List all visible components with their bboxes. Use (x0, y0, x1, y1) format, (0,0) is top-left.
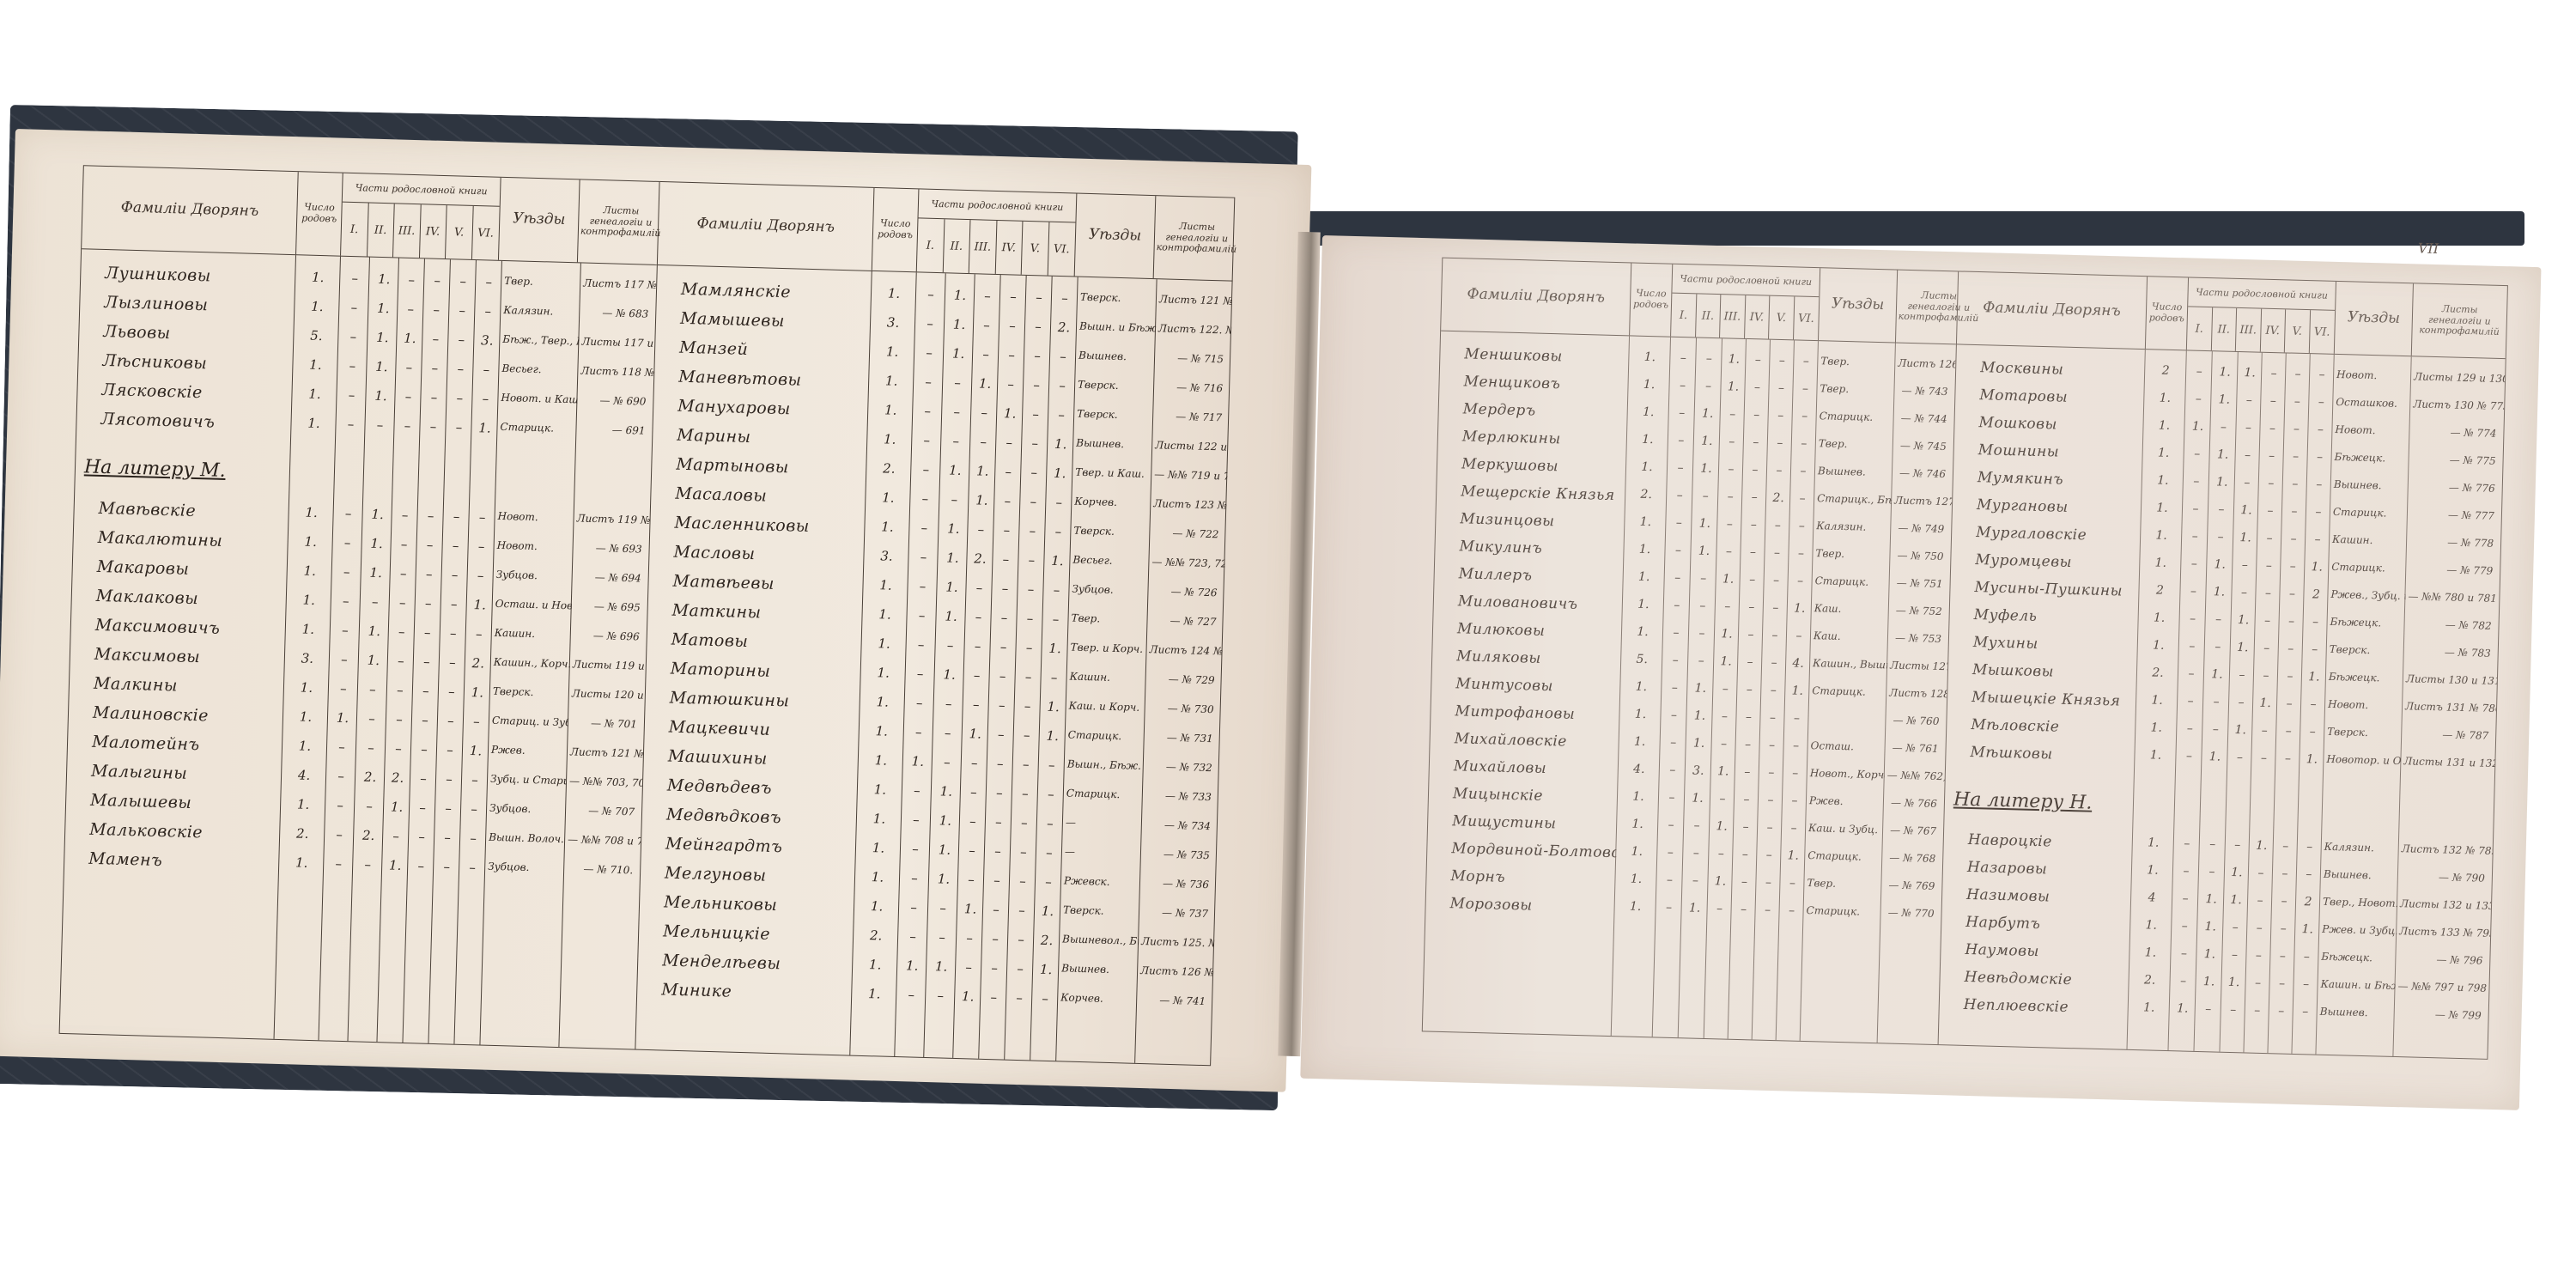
part-2-count: 1. (934, 665, 964, 684)
sheet-reference: Листъ 126 № 742 (1895, 356, 1955, 373)
sheet-reference: — № 746 (1893, 465, 1953, 482)
surname: Мартыновы (652, 453, 867, 481)
sheet-reference: — № 775 (2409, 451, 2502, 469)
part-4-count: – (1000, 287, 1027, 307)
part-2-count: – (1682, 872, 1709, 890)
part-1-count: – (912, 430, 942, 450)
sheet-reference: Листы 122 и 123 № 718 (1152, 437, 1228, 454)
part-2-count: – (360, 592, 390, 611)
family-count: 1. (1614, 897, 1656, 915)
part-5-count: – (1013, 726, 1040, 745)
part-5-count: – (1769, 380, 1794, 398)
part-2-count: 1. (366, 386, 396, 406)
part-3-count: – (1716, 543, 1741, 561)
part-5-count: – (1758, 819, 1783, 837)
sheet-reference: Листы 119 и 120. №№ 697, 698 и 699 (570, 656, 646, 673)
family-count: 1. (872, 283, 917, 303)
part-5-count: – (2283, 447, 2308, 465)
part-4-count: – (423, 300, 450, 319)
part-4-count: – (409, 827, 435, 847)
sheet-reference: — № 731 (1144, 729, 1219, 746)
part-2-count: 1. (2196, 973, 2222, 991)
surname: Мизинцовы (1436, 508, 1625, 534)
sheet-reference: — № 729 (1145, 671, 1221, 688)
header-genealogy-parts: Части родословной книги I. II. III. IV. … (1671, 265, 1820, 340)
part-2-count: – (355, 796, 385, 816)
part-2-count: – (1696, 350, 1722, 368)
part-2-count: 1. (2196, 946, 2223, 964)
sheet-reference: Листъ 119 № 692 (574, 510, 649, 527)
part-5-count: – (439, 682, 465, 702)
part-4-count: – (993, 550, 1019, 569)
sheet-reference: — №№ 723, 724 и 725. (1149, 554, 1224, 571)
family-count: 2. (280, 824, 325, 843)
part-5-count: – (2284, 420, 2309, 438)
sheet-reference: — № 694 (572, 569, 647, 586)
part-2-count: – (1684, 817, 1710, 835)
part-3-count: – (956, 958, 982, 977)
header-part-6: VI. (2309, 310, 2335, 354)
sheet-reference: — № 782 (2404, 616, 2498, 634)
part-1-count: – (910, 489, 940, 508)
part-3-count: – (965, 607, 992, 627)
part-1-count: 1. (2184, 417, 2211, 435)
part-5-count: – (1762, 654, 1787, 672)
part-2-count: – (935, 635, 965, 655)
family-count: 1. (1623, 568, 1665, 586)
part-6-count: 1. (1785, 682, 1810, 700)
part-4-count: – (984, 871, 1011, 891)
sheet-reference: — № 767 (1883, 822, 1943, 839)
sheet-reference: — № 743 (1894, 383, 1954, 400)
part-1-count: – (1668, 404, 1695, 423)
part-2-count: – (942, 402, 972, 422)
part-3-count: 1. (969, 490, 995, 510)
part-1-count: – (1661, 707, 1687, 725)
part-6-count: 1. (463, 741, 489, 761)
part-1-count: – (2186, 362, 2213, 380)
family-count: 2. (854, 926, 899, 946)
part-4-count: – (417, 506, 444, 526)
column-header-row: Фамиліи Дворянъ Число родовъ Части родос… (82, 166, 659, 265)
family-count: 1. (289, 502, 334, 522)
column-header-row: Фамиліи Дворянъ Число родовъ Части родос… (658, 182, 1235, 282)
surname: Мавѣвскіе (74, 496, 289, 525)
sheet-reference: — 691 (576, 421, 652, 438)
part-5-count: – (1020, 492, 1047, 512)
part-4-count: – (2261, 392, 2286, 410)
surname: Максимовы (70, 642, 286, 671)
family-count: 1. (284, 678, 330, 697)
part-2-count: 1. (1691, 542, 1717, 560)
part-1-count: – (331, 562, 361, 582)
family-count: 1. (1618, 787, 1660, 806)
header-uyezd: Уѣзды (1819, 268, 1898, 342)
part-4-count: – (1742, 489, 1767, 507)
part-4-count: – (985, 842, 1012, 861)
uyezd: Старицк. (1812, 573, 1889, 590)
uyezd: — (1062, 843, 1141, 861)
uyezd: Тверск. (1075, 377, 1154, 395)
sheet-reference: — № 751 (1889, 575, 1949, 592)
header-part-4: IV. (995, 221, 1023, 275)
part-5-count: – (2279, 612, 2304, 630)
part-5-count: – (2281, 530, 2306, 548)
part-5-count: – (2272, 892, 2297, 910)
part-5-count: – (448, 330, 475, 350)
family-count: 1. (857, 809, 902, 829)
part-5-count: – (1017, 609, 1043, 629)
surname: Марины (653, 423, 868, 452)
part-4-count: – (982, 929, 1009, 949)
part-2-count: 1. (362, 504, 392, 524)
part-5-count: – (440, 653, 466, 672)
family-count: 1. (287, 590, 332, 610)
part-2-count: – (365, 416, 395, 435)
part-1-count: – (2177, 720, 2203, 738)
part-6-count: – (1042, 610, 1069, 629)
part-1-count: – (1659, 788, 1686, 806)
sheet-reference: — № 750 (1890, 547, 1950, 564)
part-6-count: – (459, 858, 486, 878)
part-3-count: 1. (1716, 570, 1741, 588)
part-6-count: – (1038, 756, 1065, 775)
surname: Машихины (644, 745, 860, 773)
surname: Мургановы (1953, 494, 2142, 520)
part-3-count: – (389, 622, 416, 641)
family-count: 1. (1628, 375, 1670, 393)
part-5-count: – (442, 536, 469, 556)
uyezd: Новотор. и Осташков. (2324, 751, 2401, 769)
part-1-count: – (1665, 542, 1692, 560)
header-part-5: V. (1769, 296, 1795, 340)
family-count: 4. (282, 765, 327, 785)
part-6-count: 1. (1039, 727, 1066, 746)
part-1-count: – (329, 678, 359, 698)
uyezd: Каш. и Корч. (1066, 697, 1145, 715)
sheet-reference: — № 736 (1140, 875, 1216, 892)
ledger-body: Меншиковы1.––1.–––Твер.Листъ 126 № 742Ме… (1423, 331, 1956, 1044)
header-part-3: III. (2236, 308, 2262, 352)
surname: Митрофановы (1431, 701, 1620, 727)
header-parts-title: Части родословной книги (343, 173, 501, 207)
part-6-count: – (1052, 289, 1078, 308)
part-5-count: – (1008, 930, 1035, 950)
part-3-count: – (395, 386, 422, 406)
sheet-reference: — № 726 (1148, 583, 1224, 600)
left-page: Фамиліи Дворянъ Число родовъ Части родос… (0, 129, 1311, 1092)
part-5-count: – (2276, 722, 2301, 740)
part-1-count: – (1662, 679, 1688, 697)
header-part-1: I. (2187, 307, 2213, 350)
part-4-count: – (408, 856, 434, 876)
part-1-count: – (916, 284, 946, 304)
sheet-reference: — № 727 (1147, 612, 1223, 629)
family-count: 1. (2138, 636, 2180, 654)
part-6-count: 1. (2305, 558, 2330, 576)
part-6-count: 2. (1051, 318, 1078, 337)
surname: Мотаровы (1955, 384, 2145, 410)
part-5-count: – (1022, 434, 1048, 453)
family-count: 1. (1629, 348, 1671, 366)
surname: Муфель (1949, 604, 2139, 629)
surname: Мальковскіе (65, 818, 281, 846)
part-2-count: 1. (927, 957, 957, 976)
part-6-count: 1. (466, 595, 493, 615)
part-3-count: – (958, 870, 985, 890)
part-2-count: – (2196, 1000, 2222, 1018)
part-5-count: – (1006, 988, 1033, 1008)
surname: Максимовичъ (71, 613, 287, 641)
header-part-6: VI. (1794, 296, 1820, 340)
part-6-count: 1. (1044, 551, 1071, 571)
uyezd: Бѣжецк. (2327, 614, 2404, 631)
part-1-count: – (2172, 890, 2199, 908)
part-1-count: 1. (903, 751, 933, 771)
part-6-count: – (1782, 819, 1807, 837)
uyezd: Каш. и Зубц. (1806, 820, 1883, 837)
family-count: 1. (2129, 944, 2172, 962)
part-3-count: 2. (967, 549, 993, 569)
part-6-count: – (465, 624, 492, 644)
part-6-count: – (1783, 792, 1807, 810)
part-1-count: – (2172, 917, 2198, 935)
part-3-count: – (974, 315, 1000, 335)
part-4-count: – (1744, 406, 1769, 424)
sheet-reference: Листъ 127. №№ 747 и 748 (1892, 492, 1952, 509)
part-3-count: 1. (972, 374, 999, 393)
part-3-count: 1. (2224, 891, 2249, 909)
part-6-count: 4. (1786, 654, 1811, 672)
part-6-count: 1. (1048, 435, 1074, 454)
part-1-count: – (336, 415, 366, 435)
sheet-reference: — № 717 (1153, 408, 1229, 425)
header-parts-title: Части родословной книги (918, 189, 1076, 222)
header-parts-title: Части родословной книги (2188, 277, 2336, 310)
family-count: 1. (860, 663, 906, 683)
part-2-count: – (941, 431, 971, 451)
part-4-count: – (1731, 901, 1756, 919)
uyezd: Твер. (501, 273, 580, 291)
part-3-count: – (968, 520, 994, 539)
part-6-count: – (460, 829, 487, 848)
uyezd: Бѣжецк. (2326, 669, 2403, 686)
part-2-count: – (1695, 377, 1722, 395)
uyezd: Весьег. (1070, 552, 1149, 570)
part-4-count: – (2259, 447, 2284, 465)
part-5-count: – (1015, 667, 1042, 687)
part-5-count: – (446, 417, 472, 437)
part-5-count: – (2281, 557, 2306, 575)
part-2-count: – (927, 927, 957, 947)
part-3-count: 1. (2233, 529, 2258, 547)
part-6-count: – (2303, 641, 2328, 659)
uyezd: Кашин. (2330, 532, 2407, 549)
surname: Манухаровы (653, 394, 869, 423)
uyezd: Осташ. (1807, 738, 1885, 755)
part-6-count: 1. (465, 683, 491, 702)
part-5-count: – (1016, 638, 1042, 658)
family-count: 1. (1627, 403, 1669, 421)
part-3-count: – (389, 593, 416, 612)
header-part-6: VI. (471, 206, 499, 260)
part-1-count: – (1657, 843, 1684, 861)
part-2-count: 1. (367, 357, 397, 377)
part-2-count: 1. (368, 299, 398, 319)
part-6-count: 2 (2304, 586, 2329, 604)
surname: Макаровы (72, 555, 288, 583)
sheet-reference: — № 749 (1891, 520, 1951, 537)
surname: Масловы (649, 540, 865, 569)
part-3-count: 1. (1711, 763, 1736, 781)
surname: Мицынскіе (1429, 782, 1619, 808)
sheet-reference: Листъ 128 № 759 (1886, 684, 1947, 702)
surname: Мышковы (1948, 659, 2138, 684)
sheet-reference: — № 769 (1881, 877, 1941, 894)
part-1-count: – (896, 985, 927, 1005)
part-1-count: – (905, 664, 935, 684)
uyezd: Кашин. (1066, 668, 1145, 686)
part-2-count: 1. (1693, 459, 1720, 477)
part-6-count: – (2307, 448, 2332, 466)
part-5-count: – (2270, 947, 2295, 965)
family-count: 1. (2141, 526, 2183, 544)
part-2-count: – (353, 854, 383, 874)
header-genealogy-parts: Части родословной книги I. II. III. IV. … (2187, 277, 2336, 353)
family-count: 1. (869, 371, 914, 391)
part-2-count: – (1690, 569, 1716, 587)
part-2-count: 1. (2197, 918, 2224, 936)
part-1-count: – (338, 327, 368, 347)
sheet-reference: — № 799 (2394, 1006, 2488, 1024)
header-part-2: II. (2211, 307, 2237, 351)
part-1-count: – (1668, 459, 1694, 477)
surname: Малиновскіе (69, 701, 284, 729)
part-2-count: 1. (361, 533, 392, 553)
part-2-count: – (2205, 611, 2232, 629)
part-5-count: – (2269, 1002, 2293, 1020)
part-5-count: 2. (1766, 489, 1791, 508)
part-6-count: – (1791, 462, 1816, 480)
part-2-count: – (2210, 418, 2237, 436)
part-5-count: – (450, 271, 477, 291)
sheet-reference: — №№ 762, 763, 764 и 765 (1885, 767, 1945, 784)
sheet-reference: — № 734 (1142, 817, 1218, 834)
surname: Матюшкины (645, 686, 860, 714)
header-part-4: IV. (419, 204, 447, 258)
part-5-count: – (1010, 872, 1036, 891)
header-surname: Фамиліи Дворянъ (1441, 258, 1631, 336)
part-1-count: – (908, 547, 939, 567)
part-6-count: – (461, 800, 488, 819)
surname: Мельницкіе (639, 920, 854, 948)
family-count: 2 (2145, 362, 2187, 380)
part-3-count: 1. (1708, 873, 1733, 891)
part-3-count: – (1707, 900, 1732, 918)
part-2-count: 1. (2207, 556, 2233, 574)
part-5-count: – (2280, 585, 2305, 603)
part-5-count: – (1021, 463, 1048, 483)
sheet-reference: Листы 131 и 132. № 788 (2401, 753, 2494, 771)
part-1-count: – (337, 356, 368, 376)
family-count: 1. (292, 384, 337, 404)
part-2-count: – (943, 373, 973, 392)
part-3-count: – (1717, 515, 1742, 533)
part-2-count: 1. (938, 548, 968, 568)
part-5-count: – (2279, 640, 2304, 658)
ledger-rows: Мамлянскіе1.–1.––––Тверск.Листъ 121 № 71… (635, 265, 1232, 1065)
part-5-count: – (1018, 550, 1045, 570)
uyezd: Старицк., Бѣжецк. и Весьег. (1814, 490, 1892, 508)
sheet-reference: — №№ 703, 704, 705 и 706. (567, 773, 642, 790)
part-1-count: – (1663, 624, 1690, 642)
part-2-count: – (2208, 528, 2234, 546)
uyezd: Зубцов. (493, 567, 572, 585)
part-2-count: – (358, 679, 388, 699)
part-3-count: 1. (962, 724, 988, 744)
sheet-reference: — № 693 (573, 539, 648, 556)
surname: Миллеръ (1434, 563, 1624, 589)
surname: Мамышевы (656, 307, 872, 335)
part-1-count: – (2180, 582, 2207, 600)
header-part-5: V. (1022, 222, 1049, 276)
part-5-count: – (1764, 599, 1789, 617)
part-2-count: 1. (1694, 432, 1721, 450)
sheet-reference: — № 716 (1154, 379, 1230, 396)
part-1-count: – (1669, 377, 1696, 395)
part-4-count: – (421, 387, 447, 407)
surname: Маторины (646, 657, 861, 685)
part-6-count: – (1050, 347, 1077, 367)
part-6-count: – (1037, 814, 1064, 834)
part-2-count: 1. (936, 606, 966, 626)
part-2-count: 1. (930, 840, 960, 860)
part-3-count: 1. (1722, 350, 1747, 368)
part-4-count: – (2262, 365, 2287, 383)
part-4-count: – (2248, 891, 2273, 909)
header-uyezd: Уѣзды (2335, 282, 2414, 356)
part-2-count: 1. (2198, 891, 2225, 909)
part-2-count: 1. (945, 285, 975, 305)
uyezd: Вышн. Волоч. (486, 830, 565, 848)
part-3-count: – (1709, 845, 1734, 863)
part-5-count: – (1763, 627, 1788, 645)
surname: Маклаковы (71, 584, 287, 612)
part-5-count: – (1025, 317, 1052, 337)
surname: Мельниковы (640, 891, 855, 919)
sheet-reference: — № 745 (1893, 437, 1953, 454)
family-count: 1. (868, 400, 914, 420)
part-4-count: – (991, 608, 1018, 628)
sheet-reference: Листъ 122. №№ 712, 713 и 714 (1156, 320, 1231, 337)
part-5-count: – (2273, 837, 2298, 855)
part-1-count: – (2184, 472, 2210, 490)
family-count: 1. (1617, 815, 1659, 833)
part-4-count: – (424, 271, 451, 290)
family-count: 5. (294, 325, 339, 345)
surname: Мумякинъ (1953, 466, 2143, 492)
part-3-count: – (387, 680, 414, 700)
uyezd: Каш. (1812, 600, 1889, 617)
part-4-count: – (2252, 722, 2277, 740)
part-2-count: 1. (1692, 514, 1718, 532)
sheet-reference: — №№ 797 и 798 (2395, 978, 2488, 996)
surname: Меншиковы (1440, 344, 1630, 369)
part-2-count: – (1689, 624, 1716, 642)
part-3-count: 1. (2238, 364, 2263, 382)
part-4-count: – (414, 652, 440, 672)
part-6-count: – (2306, 503, 2331, 521)
